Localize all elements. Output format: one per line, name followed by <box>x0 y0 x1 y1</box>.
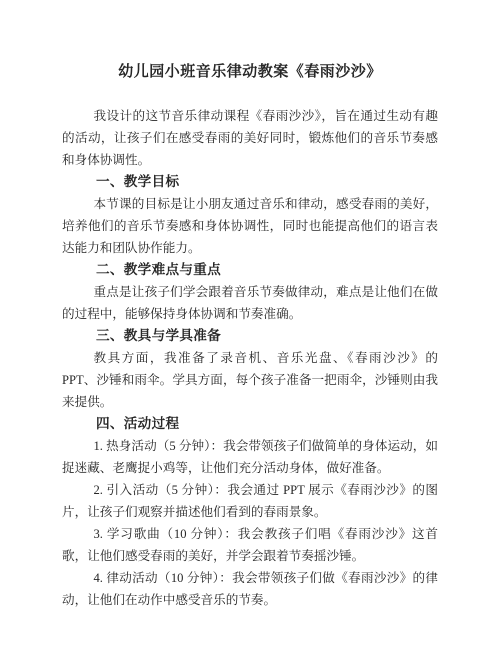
document-paragraph: 我设计的这节音乐律动课程《春雨沙沙》，旨在通过生动有趣的活动，让孩子们在感受春雨… <box>62 105 438 171</box>
activity-step: 4. 律动活动（10 分钟）：我会带领孩子们做《春雨沙沙》的律动，让他们在动作中… <box>62 567 438 611</box>
section-heading: 三、教具与学具准备 <box>62 325 438 347</box>
activity-step: 1. 热身活动（5 分钟）：我会带领孩子们做简单的身体运动，如捉迷藏、老鹰捉小鸡… <box>62 435 438 479</box>
document-body: 幼儿园小班音乐律动教案《春雨沙沙》 我设计的这节音乐律动课程《春雨沙沙》，旨在通… <box>62 62 438 611</box>
document-title: 幼儿园小班音乐律动教案《春雨沙沙》 <box>62 62 438 83</box>
document-page: 幼儿园小班音乐律动教案《春雨沙沙》 我设计的这节音乐律动课程《春雨沙沙》，旨在通… <box>0 0 500 647</box>
section-heading: 一、教学目标 <box>62 171 438 193</box>
section-heading: 二、教学难点与重点 <box>62 259 438 281</box>
document-content: 我设计的这节音乐律动课程《春雨沙沙》，旨在通过生动有趣的活动，让孩子们在感受春雨… <box>62 105 438 611</box>
document-paragraph: 本节课的目标是让小朋友通过音乐和律动，感受春雨的美好，培养他们的音乐节奏感和身体… <box>62 193 438 259</box>
activity-step: 3. 学习歌曲（10 分钟）：我会教孩子们唱《春雨沙沙》这首歌，让他们感受春雨的… <box>62 523 438 567</box>
activity-step: 2. 引入活动（5 分钟）：我会通过 PPT 展示《春雨沙沙》的图片，让孩子们观… <box>62 479 438 523</box>
document-paragraph: 重点是让孩子们学会跟着音乐节奏做律动，难点是让他们在做的过程中，能够保持身体协调… <box>62 281 438 325</box>
section-heading: 四、活动过程 <box>62 413 438 435</box>
document-paragraph: 教具方面，我准备了录音机、音乐光盘、《春雨沙沙》的 PPT、沙锤和雨伞。学具方面… <box>62 347 438 413</box>
